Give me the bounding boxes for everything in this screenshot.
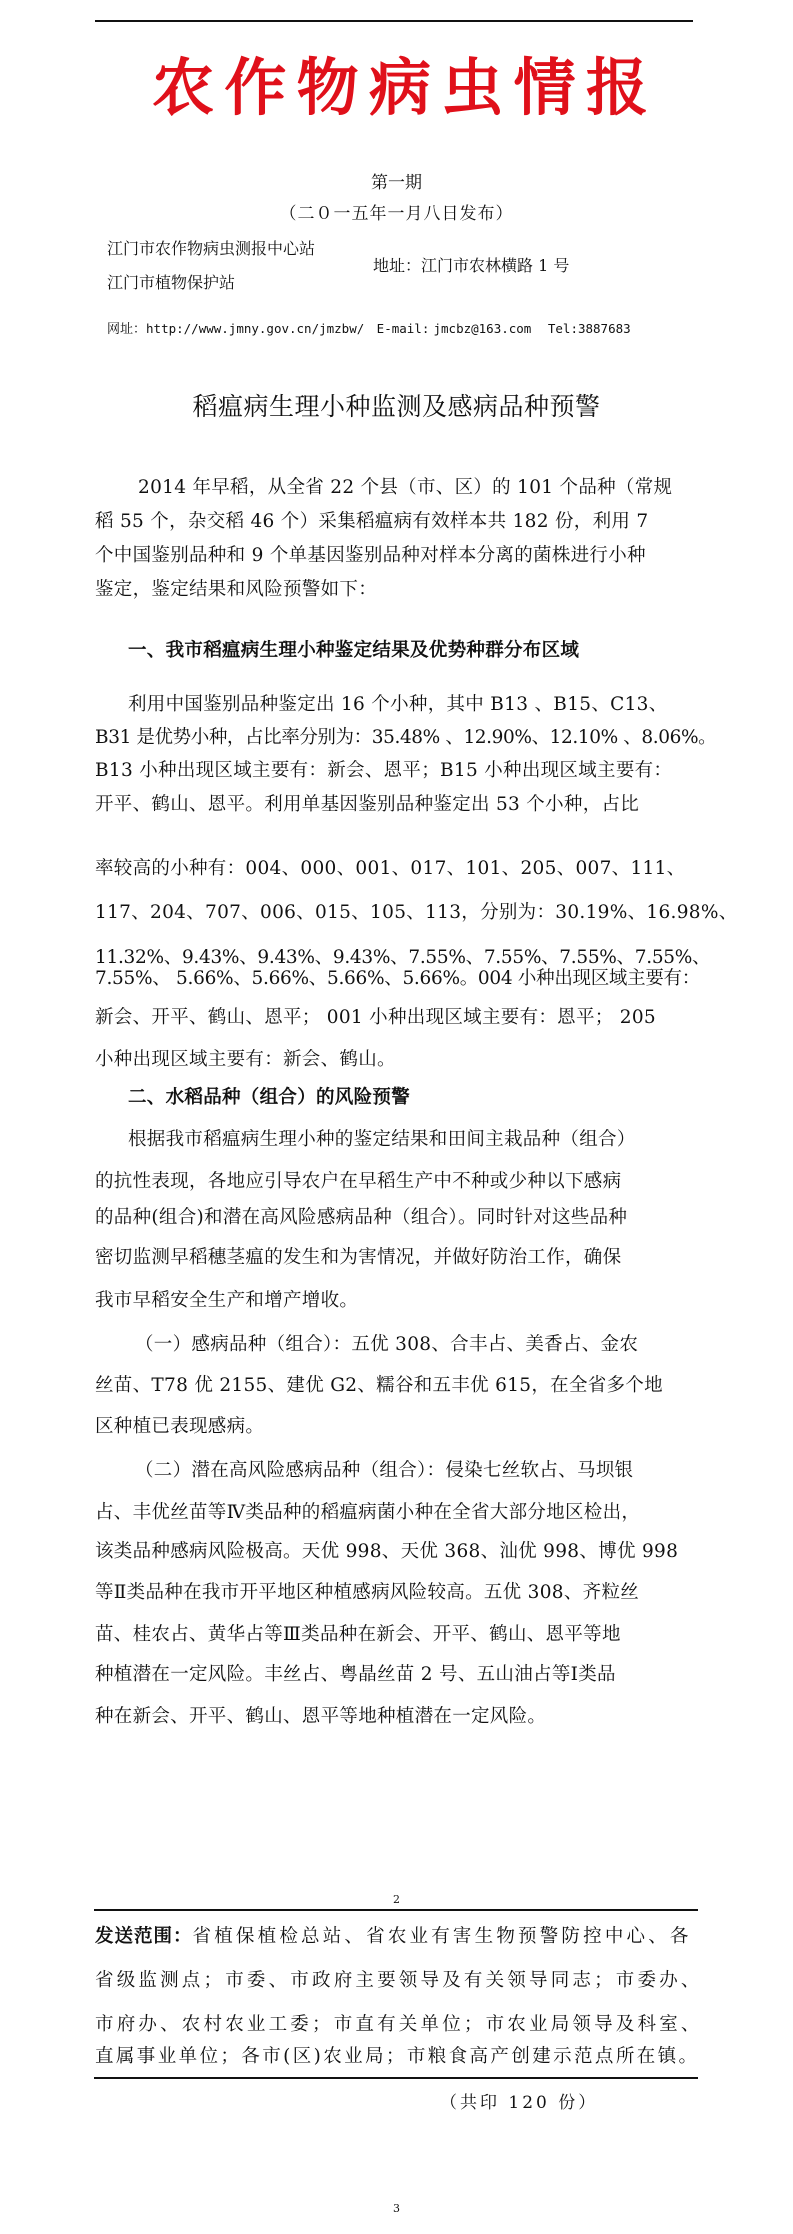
section-1-line: 率较高的小种有：004、000、001、017、101、205、007、111、	[95, 854, 700, 880]
section-2-line: 的品种(组合)和潜在高风险感病品种（组合）。同时针对这些品种	[95, 1203, 700, 1229]
address: 地址：江门市农林横路 1 号	[373, 253, 569, 276]
phone: Tel:3887683	[548, 321, 631, 336]
section-1-line: 利用中国鉴别品种鉴定出 16 个小种，其中 B13 、B15、C13、	[128, 690, 733, 716]
distribution-line: 市府办、农村农业工委；市直有关单位；市农业局领导及科室、	[95, 2010, 700, 2036]
high-risk-varieties-line: 种在新会、开平、鹤山、恩平等地种植潜在一定风险。	[95, 1702, 700, 1728]
masthead-char: 物	[295, 52, 361, 124]
distribution-text: 省植保植检总站、省农业有害生物预警防控中心、各	[193, 1926, 692, 1947]
article-title: 稻瘟病生理小种监测及感病品种预警	[0, 387, 793, 423]
masthead-title: 农 作 物 病 虫 情 报	[150, 52, 650, 124]
publish-date: （二０一五年一月八日发布）	[0, 199, 793, 224]
section-1-line: 117、204、707、006、015、105、113，分别为：30.19%、1…	[95, 898, 700, 924]
masthead-char: 情	[512, 52, 578, 124]
section-1-line: 7.55%、 5.66%、5.66%、5.66%、5.66%。004 小种出现区…	[95, 964, 700, 990]
website-label: 网址：	[107, 322, 146, 337]
distribution-top-rule	[94, 1909, 698, 1911]
org-name-1: 江门市农作物病虫测报中心站	[107, 236, 315, 259]
section-1-line: 开平、鹤山、恩平。利用单基因鉴别品种鉴定出 53 个小种，占比	[95, 790, 700, 816]
masthead-char: 病	[367, 52, 433, 124]
section-1-line: 小种出现区域主要有：新会、鹤山。	[95, 1045, 700, 1071]
distribution-bottom-rule	[94, 2077, 698, 2079]
section-1-heading: 一、我市稻瘟病生理小种鉴定结果及优势种群分布区域	[128, 636, 733, 662]
section-2-line: 密切监测早稻穗茎瘟的发生和为害情况，并做好防治工作，确保	[95, 1243, 700, 1269]
email-link[interactable]: jmcbz@163.com	[434, 321, 532, 336]
section-2-line: 根据我市稻瘟病生理小种的鉴定结果和田间主栽品种（组合）	[128, 1125, 733, 1151]
high-risk-varieties-line: 占、丰优丝苗等Ⅳ类品种的稻瘟病菌小种在全省大部分地区检出，	[95, 1498, 700, 1524]
section-2-heading: 二、水稻品种（组合）的风险预警	[128, 1083, 733, 1109]
page-number: 2	[0, 1893, 793, 1906]
distribution-line: 省级监测点；市委、市政府主要领导及有关领导同志；市委办、	[95, 1966, 700, 1992]
susceptible-varieties-line: 区种植已表现感病。	[95, 1412, 700, 1438]
section-2-line: 我市早稻安全生产和增产增收。	[95, 1286, 700, 1312]
susceptible-varieties-line: （一）感病品种（组合）：五优 308、合丰占、美香占、金农	[135, 1330, 740, 1356]
susceptible-varieties-line: 丝苗、T78 优 2155、建优 G2、糯谷和五丰优 615，在全省多个地	[95, 1371, 700, 1397]
intro-line: 稻 55 个，杂交稻 46 个）采集稻瘟病有效样本共 182 份，利用 7	[95, 507, 700, 533]
email-label: E-mail:	[377, 321, 430, 336]
contact-line: 网址：http://www.jmny.gov.cn/jmzbw/ E-mail:…	[107, 318, 631, 337]
issue-number: 第一期	[0, 168, 793, 193]
intro-line: 鉴定，鉴定结果和风险预警如下：	[95, 575, 700, 601]
masthead-char: 作	[222, 52, 288, 124]
distribution-label: 发送范围：	[95, 1926, 193, 1947]
distribution-line: 发送范围：省植保植检总站、省农业有害生物预警防控中心、各	[95, 1922, 700, 1948]
masthead-char: 农	[150, 52, 216, 124]
masthead-char: 报	[584, 52, 650, 124]
website-link[interactable]: http://www.jmny.gov.cn/jmzbw/	[146, 321, 364, 336]
distribution-line: 直属事业单位；各市(区)农业局；市粮食高产创建示范点所在镇。	[95, 2042, 700, 2068]
section-1-line: 新会、开平、鹤山、恩平； 001 小种出现区域主要有：恩平； 205	[95, 1003, 700, 1029]
print-count: （共印 120 份）	[440, 2088, 598, 2113]
page-number: 3	[0, 2202, 793, 2215]
intro-line: 个中国鉴别品种和 9 个单基因鉴别品种对样本分离的菌株进行小种	[95, 541, 700, 567]
high-risk-varieties-line: （二）潜在高风险感病品种（组合）：侵染七丝软占、马坝银	[135, 1456, 740, 1482]
masthead-char: 虫	[439, 52, 505, 124]
high-risk-varieties-line: 种植潜在一定风险。丰丝占、粤晶丝苗 2 号、五山油占等Ⅰ类品	[95, 1660, 700, 1686]
section-1-line: B31 是优势小种，占比率分别为：35.48% 、12.90%、12.10% 、…	[95, 723, 700, 749]
high-risk-varieties-line: 苗、桂农占、黄华占等Ⅲ类品种在新会、开平、鹤山、恩平等地	[95, 1620, 700, 1646]
section-1-line: B13 小种出现区域主要有：新会、恩平；B15 小种出现区域主要有：	[95, 756, 700, 782]
section-2-line: 的抗性表现，各地应引导农户在早稻生产中不种或少种以下感病	[95, 1167, 700, 1193]
intro-line: 2014 年早稻，从全省 22 个县（市、区）的 101 个品种（常规	[138, 473, 743, 499]
org-name-2: 江门市植物保护站	[107, 270, 235, 293]
high-risk-varieties-line: 该类品种感病风险极高。天优 998、天优 368、汕优 998、博优 998	[95, 1537, 700, 1563]
top-rule	[95, 20, 693, 22]
high-risk-varieties-line: 等Ⅱ类品种在我市开平地区种植感病风险较高。五优 308、齐粒丝	[95, 1578, 700, 1604]
